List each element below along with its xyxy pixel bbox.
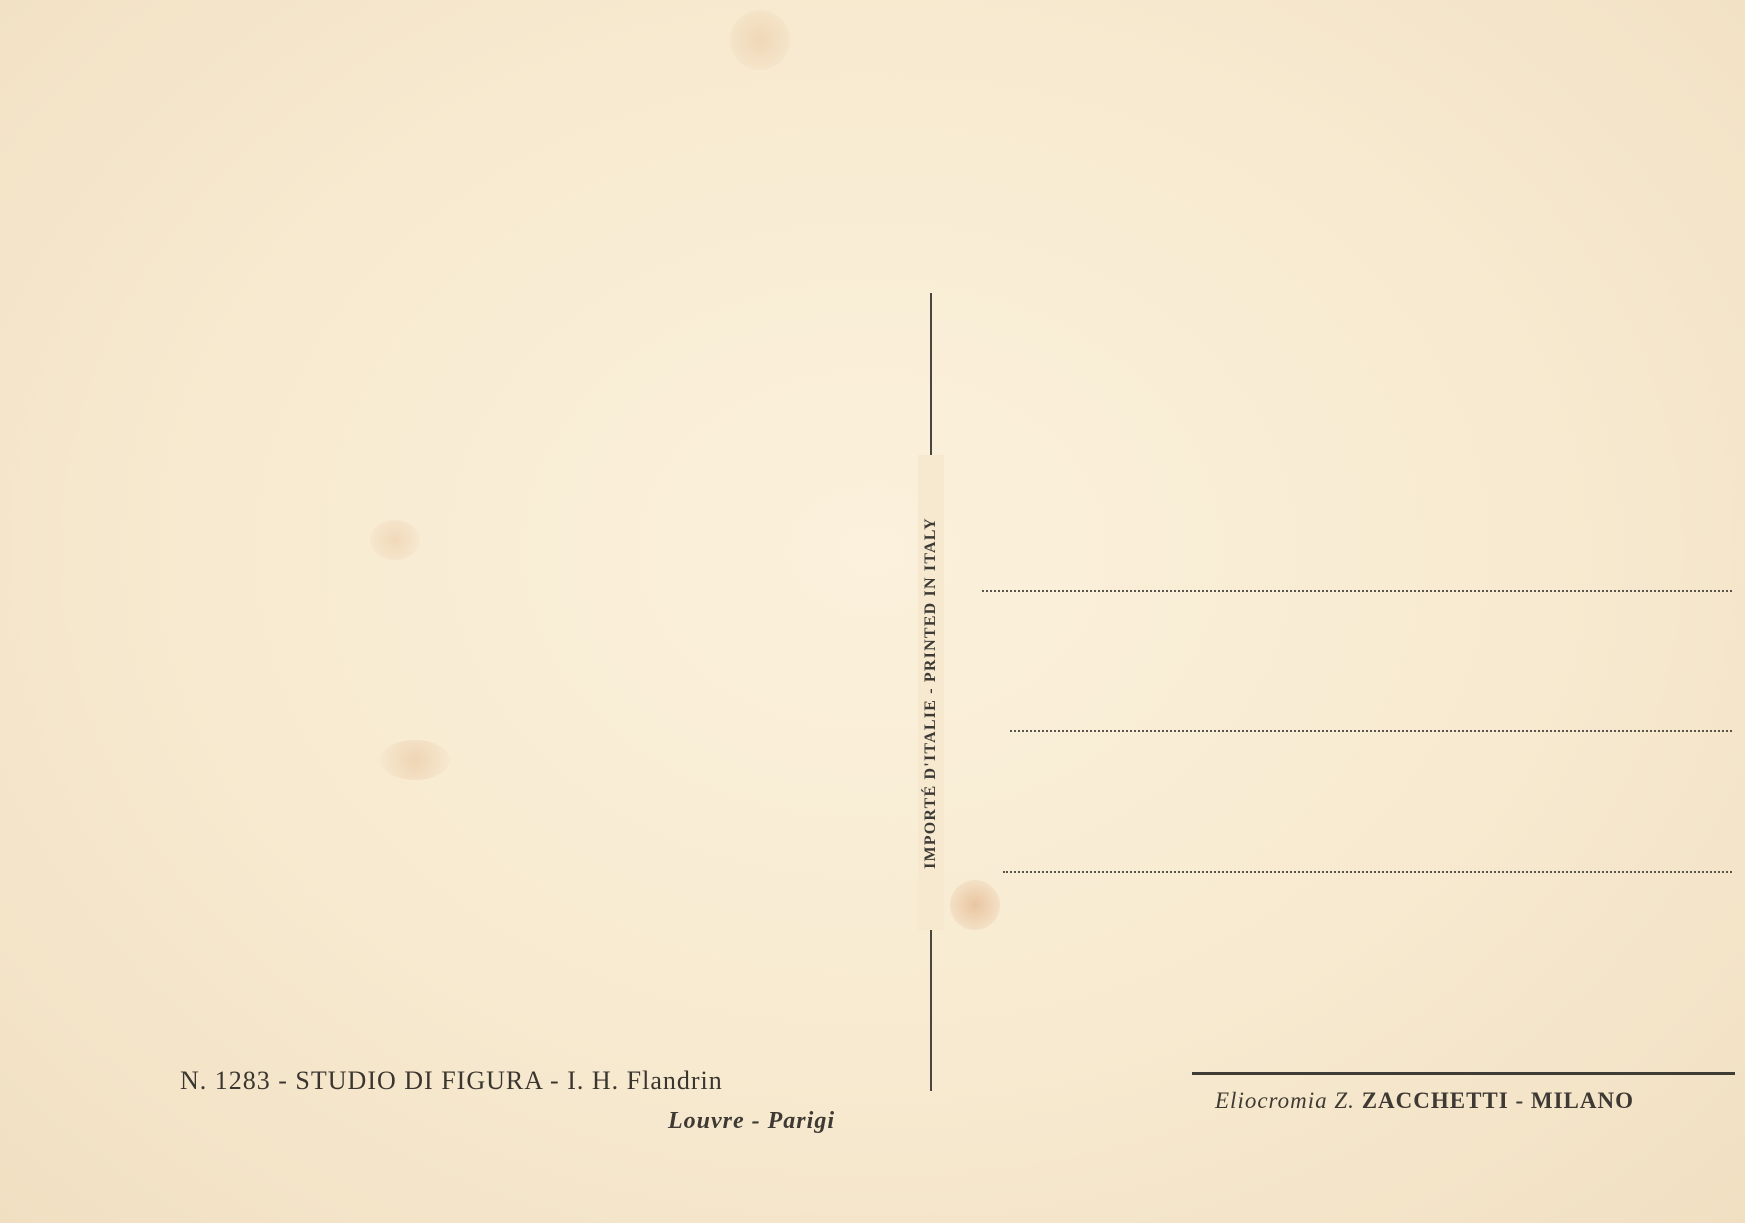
address-line-1 — [982, 590, 1732, 592]
printer-prefix: Eliocromia Z. — [1215, 1088, 1355, 1113]
artwork-location: Louvre - Parigi — [668, 1108, 835, 1135]
printer-credit: Eliocromia Z. ZACCHETTI - MILANO — [1215, 1088, 1634, 1114]
address-line-2 — [1010, 730, 1732, 732]
printer-name: ZACCHETTI - MILANO — [1362, 1088, 1634, 1113]
artwork-caption: N. 1283 - STUDIO DI FIGURA - I. H. Fland… — [180, 1066, 723, 1096]
foxing-stain — [950, 880, 1000, 930]
printed-in-italy-notice: IMPORTÉ D'ITALIE - PRINTED IN ITALY — [922, 517, 940, 869]
foxing-stain — [730, 10, 790, 70]
postcard-back: IMPORTÉ D'ITALIE - PRINTED IN ITALY N. 1… — [0, 0, 1745, 1223]
address-line-3 — [1003, 871, 1732, 873]
printer-rule — [1192, 1072, 1735, 1075]
foxing-stain — [370, 520, 420, 560]
foxing-stain — [380, 740, 450, 780]
vertical-notice-box: IMPORTÉ D'ITALIE - PRINTED IN ITALY — [918, 455, 944, 930]
